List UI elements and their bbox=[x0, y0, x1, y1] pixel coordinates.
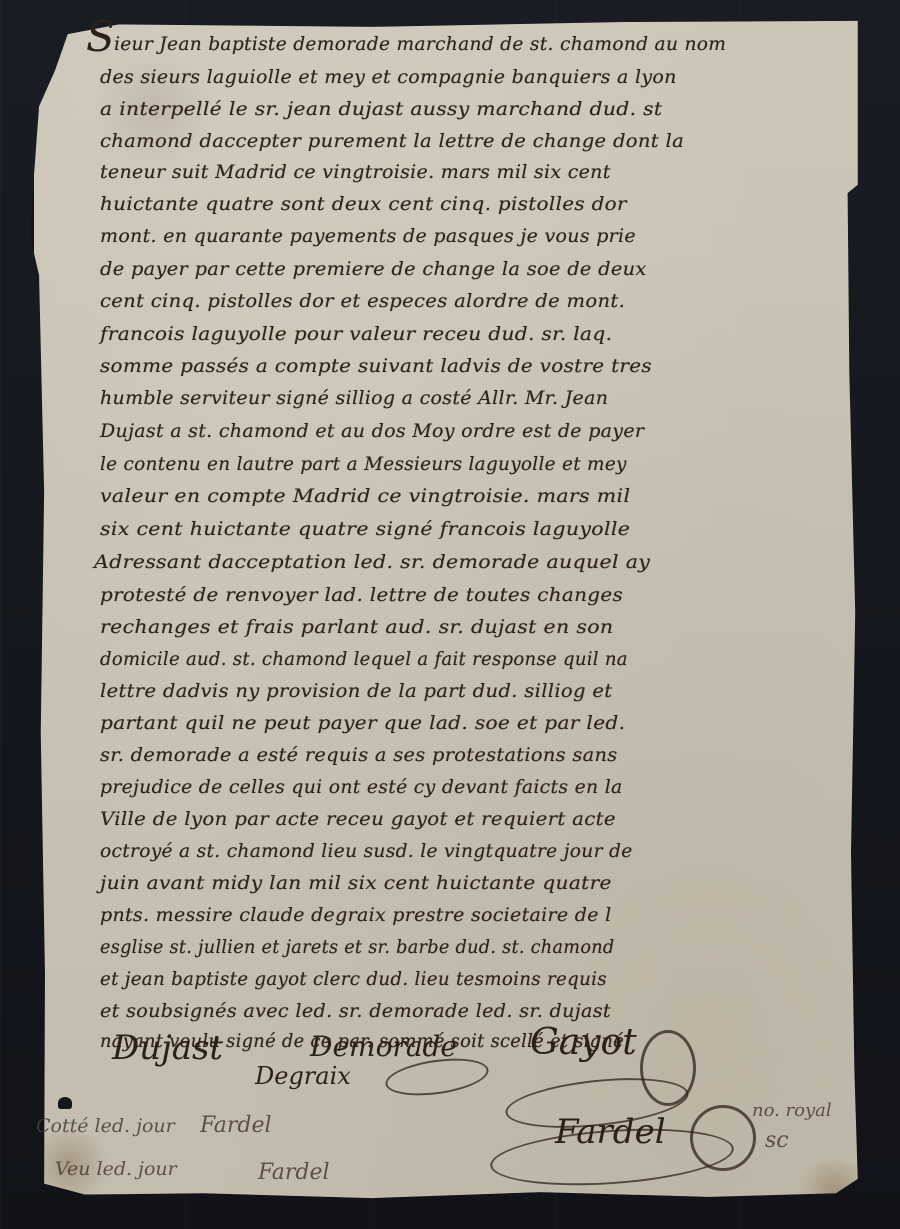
text-line: esglise st. jullien et jarets et sr. bar… bbox=[100, 936, 614, 958]
text-line: six cent huictante quatre signé francois… bbox=[100, 518, 630, 540]
text-line: Ville de lyon par acte receu gayot et re… bbox=[100, 808, 616, 830]
text-line: des sieurs laguiolle et mey et compagnie… bbox=[100, 66, 677, 88]
signature-demorade: Demorade bbox=[310, 1030, 457, 1063]
text-line: domicile aud. st. chamond lequel a fait … bbox=[100, 648, 628, 670]
signature-degraix: Degraix bbox=[255, 1062, 351, 1090]
text-line: octroyé a st. chamond lieu susd. le ving… bbox=[100, 840, 633, 862]
text-line: humble serviteur signé silliog a costé A… bbox=[100, 387, 608, 409]
margin-note-veu: Veu led. jour bbox=[55, 1158, 177, 1180]
margin-note-signature: Fardel bbox=[258, 1160, 330, 1185]
text-line: lettre dadvis ny provision de la part du… bbox=[100, 680, 612, 702]
paper-hole bbox=[58, 1097, 72, 1109]
text-line: protesté de renvoyer lad. lettre de tout… bbox=[100, 584, 623, 606]
signature-gayot: Gayot bbox=[530, 1022, 637, 1063]
text-line: chamond daccepter purement la lettre de … bbox=[100, 130, 684, 152]
margin-note-signature: Fardel bbox=[200, 1113, 272, 1138]
text-line: teneur suit Madrid ce vingtroisie. mars … bbox=[100, 161, 611, 183]
decorated-initial: S bbox=[86, 12, 115, 61]
text-line: de payer par cette premiere de change la… bbox=[100, 258, 647, 280]
text-line: Dujast a st. chamond et au dos Moy ordre… bbox=[100, 420, 644, 442]
text-line: cent cinq. pistolles dor et especes alor… bbox=[100, 290, 625, 312]
text-line: pnts. messire claude degraix prestre soc… bbox=[100, 904, 612, 926]
text-line: partant quil ne peut payer que lad. soe … bbox=[100, 712, 625, 734]
text-line: sr. demorade a esté requis a ses protest… bbox=[100, 744, 618, 766]
text-line: et soubsignés avec led. sr. demorade led… bbox=[100, 1000, 611, 1022]
text-line: juin avant midy lan mil six cent huictan… bbox=[100, 872, 612, 894]
text-line: valeur en compte Madrid ce vingtroisie. … bbox=[100, 485, 630, 507]
text-line: Adressant dacceptation led. sr. demorade… bbox=[94, 551, 650, 573]
notary-note-royal: no. royal bbox=[752, 1100, 832, 1121]
signature-dujast: Dujast bbox=[112, 1028, 223, 1068]
text-line: rechanges et frais parlant aud. sr. duja… bbox=[100, 616, 613, 638]
text-line: le contenu en lautre part a Messieurs la… bbox=[100, 453, 627, 475]
text-line: ieur Jean baptiste demorade marchand de … bbox=[114, 33, 726, 55]
text-line: a interpellé le sr. jean dujast aussy ma… bbox=[100, 98, 662, 120]
text-line: somme passés a compte suivant ladvis de … bbox=[100, 355, 652, 377]
text-line: prejudice de celles qui ont esté cy deva… bbox=[100, 776, 623, 798]
margin-note-cotte: Cotté led. jour bbox=[36, 1115, 175, 1137]
text-line: et jean baptiste gayot clerc dud. lieu t… bbox=[100, 968, 607, 990]
notary-note-mark: sc bbox=[765, 1128, 789, 1153]
text-line: francois laguyolle pour valeur receu dud… bbox=[100, 323, 612, 345]
text-line: huictante quatre sont deux cent cinq. pi… bbox=[100, 193, 627, 215]
text-line: mont. en quarante payements de pasques j… bbox=[100, 225, 636, 247]
